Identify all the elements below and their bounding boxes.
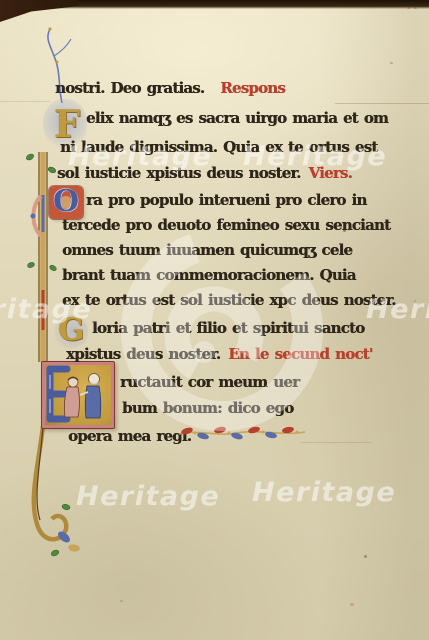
line-filler-ornament [177,423,307,443]
text-line: elix namqʒ es sacra uirgo maria et om [86,108,388,128]
text-line: opera mea regi. [68,426,191,446]
initial-letter: O [53,185,79,218]
rubric-text: En le secund noct' [228,345,372,363]
text-line: sol iusticie xpistus deus noster.Viers. [57,163,352,183]
text-line: ni laude dignissima. Quia ex te ortus es… [60,137,377,157]
latin-text: sol iusticie xpistus deus noster. [57,164,301,182]
pen-flourish [54,39,71,56]
text-line: brant tuam commemoracionem. Quia [62,265,356,285]
latin-text: ructauit cor meum uer [120,373,299,391]
latin-text: nostri. Deo gratias. [55,79,204,97]
text-line: xpistus deus noster.En le secund noct' [66,344,373,364]
text-line: ex te ortus est sol iusticie xpc deus no… [62,290,396,310]
latin-text: ra pro populo interueni pro clero in [86,191,366,209]
latin-text: brant tuam commemoracionem. Quia [62,266,356,284]
manuscript-page-photo: F O G [0,0,429,640]
text-line: nostri. Deo gratias.Respons [55,78,285,98]
historiated-initial-E-eructavit [41,361,115,429]
text-line: ructauit cor meum uer [120,372,299,392]
text-line: ra pro populo interueni pro clero in [86,190,366,210]
blue-dot [31,214,36,219]
figure-right [80,374,101,419]
latin-text: tercede pro deuoto femineo sexu senciant [62,216,390,234]
gold-dot [56,61,59,64]
rubric-text: Viers. [309,164,352,182]
figure-left [64,377,79,417]
text-line: loria patri et filio et spiritui sancto [92,318,364,338]
latin-text: loria patri et filio et spiritui sancto [92,319,364,337]
latin-text: ex te ortus est sol iusticie xpc deus no… [62,291,396,309]
gold-dot [48,27,51,30]
latin-text: elix namqʒ es sacra uirgo maria et om [86,109,388,127]
latin-text: xpistus deus noster. [66,345,220,363]
initial-letter: G [58,314,84,347]
leaf-gold [67,544,80,553]
initial-E-miniature [45,365,109,423]
text-line: bum bonum: dico ego [122,398,293,418]
latin-text: opera mea regi. [68,427,191,445]
text-line: omnes tuum iuuamen quicumqʒ cele [62,240,352,260]
tail-flourish [34,426,66,539]
text-line: tercede pro deuoto femineo sexu senciant [62,215,390,235]
latin-text: omnes tuum iuuamen quicumqʒ cele [62,241,352,259]
latin-text: bum bonum: dico ego [122,399,293,417]
latin-text: ni laude dignissima. Quia ex te ortus es… [60,138,377,156]
rubric-text: Respons [220,79,285,97]
